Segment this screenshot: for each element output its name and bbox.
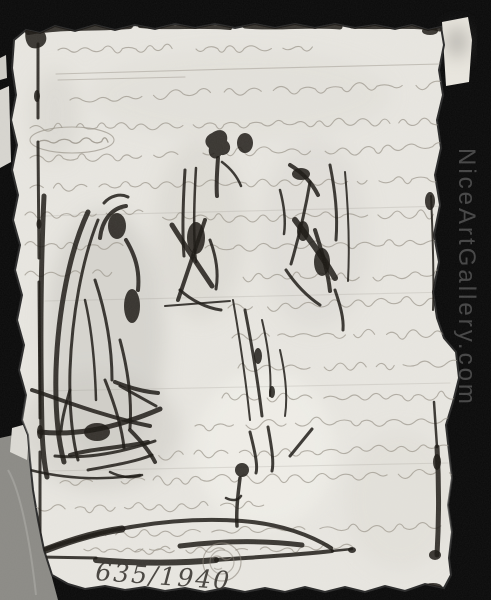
manuscript-scene: 635/1940 [0, 0, 491, 600]
artwork-photo: 635/1940 NiceArtGallery.com [0, 0, 491, 600]
photo-grain-overlay [0, 0, 491, 600]
watermark-text: NiceArtGallery.com [452, 148, 480, 407]
